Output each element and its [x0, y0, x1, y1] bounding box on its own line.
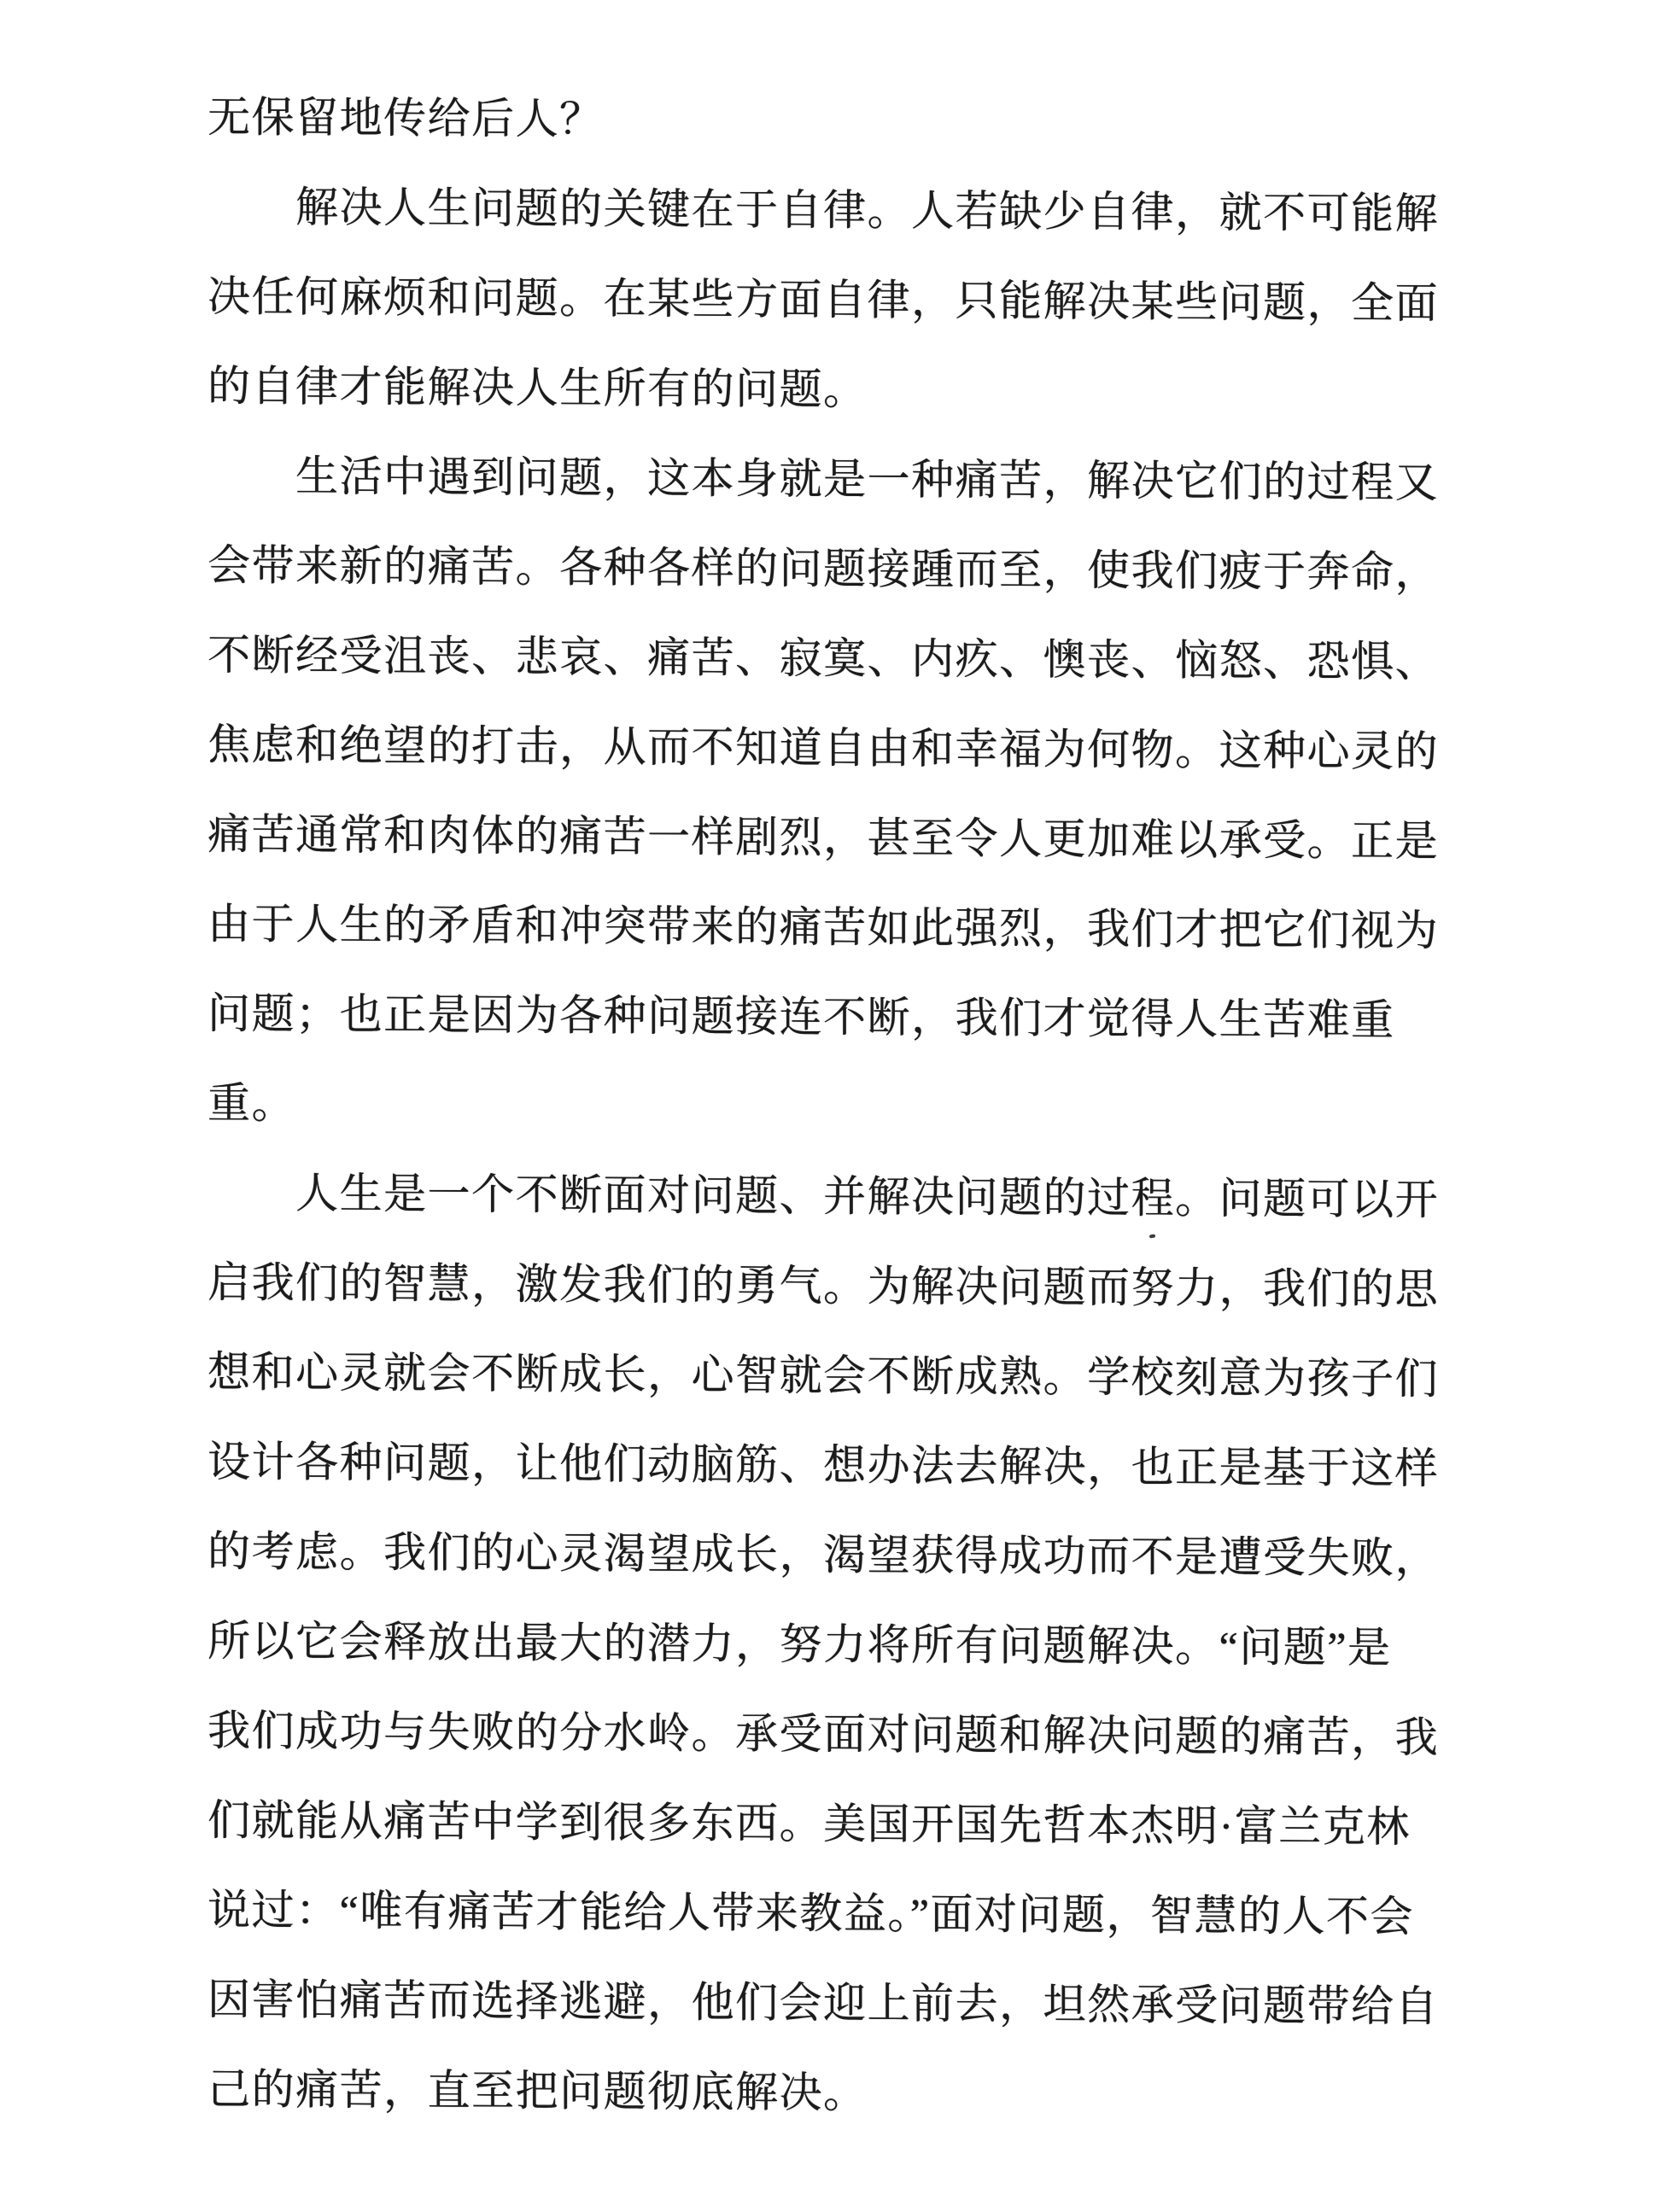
text-line-3: 决任何麻烦和问题。在某些方面自律，只能解决某些问题，全面 — [0, 251, 1660, 350]
text-line-11: 问题；也正是因为各种问题接连不断，我们才觉得人生苦难重 — [0, 968, 1660, 1067]
text-line-7: 不断经受沮丧、悲哀、痛苦、寂寞、内疚、懊丧、恼怒、恐惧、 — [0, 610, 1660, 709]
text-line-22: 因害怕痛苦而选择逃避，他们会迎上前去，坦然承受问题带给自 — [0, 1954, 1660, 2053]
text-line-14: 启我们的智慧，激发我们的勇气。为解决问题而努力，我们的思 — [0, 1237, 1660, 1336]
text-line-16: 设计各种问题，让他们动脑筋、想办法去解决，也正是基于这样 — [0, 1416, 1660, 1515]
text-line-15: 想和心灵就会不断成长，心智就会不断成熟。学校刻意为孩子们 — [0, 1327, 1660, 1426]
text-line-6: 会带来新的痛苦。各种各样的问题接踵而至，使我们疲于奔命， — [0, 520, 1660, 619]
text-line-23: 己的痛苦，直至把问题彻底解决。 — [0, 2044, 1660, 2143]
scanned-page: 无保留地传给后人？ 解决人生问题的关键在于自律。人若缺少自律，就不可能解 决任何… — [0, 0, 1660, 2212]
text-line-18: 所以它会释放出最大的潜力，努力将所有问题解决。“问题”是 — [0, 1596, 1660, 1695]
text-line-5: 生活中遇到问题，这本身就是一种痛苦，解决它们的过程又 — [0, 430, 1660, 529]
text-line-20: 们就能从痛苦中学到很多东西。美国开国先哲本杰明·富兰克林 — [0, 1775, 1660, 1874]
text-line-17: 的考虑。我们的心灵渴望成长，渴望获得成功而不是遭受失败， — [0, 1506, 1660, 1605]
text-line-13: 人生是一个不断面对问题、并解决问题的过程。问题可以开 — [0, 1147, 1660, 1246]
text-line-9: 痛苦通常和肉体的痛苦一样剧烈，甚至令人更加难以承受。正是 — [0, 789, 1660, 888]
text-line-8: 焦虑和绝望的打击，从而不知道自由和幸福为何物。这种心灵的 — [0, 699, 1660, 798]
text-line-2: 解决人生问题的关键在于自律。人若缺少自律，就不可能解 — [0, 161, 1660, 260]
text-line-19: 我们成功与失败的分水岭。承受面对问题和解决问题的痛苦，我 — [0, 1685, 1660, 1784]
text-line-12: 重。 — [0, 1058, 1660, 1157]
text-line-4: 的自律才能解决人生所有的问题。 — [0, 341, 1660, 440]
page-text-block: 无保留地传给后人？ 解决人生问题的关键在于自律。人若缺少自律，就不可能解 决任何… — [0, 0, 1660, 2143]
text-line-10: 由于人生的矛盾和冲突带来的痛苦如此强烈，我们才把它们视为 — [0, 878, 1660, 978]
text-line-1: 无保留地传给后人？ — [0, 72, 1660, 171]
text-line-21: 说过：“唯有痛苦才能给人带来教益。”面对问题，智慧的人不会 — [0, 1865, 1660, 1964]
